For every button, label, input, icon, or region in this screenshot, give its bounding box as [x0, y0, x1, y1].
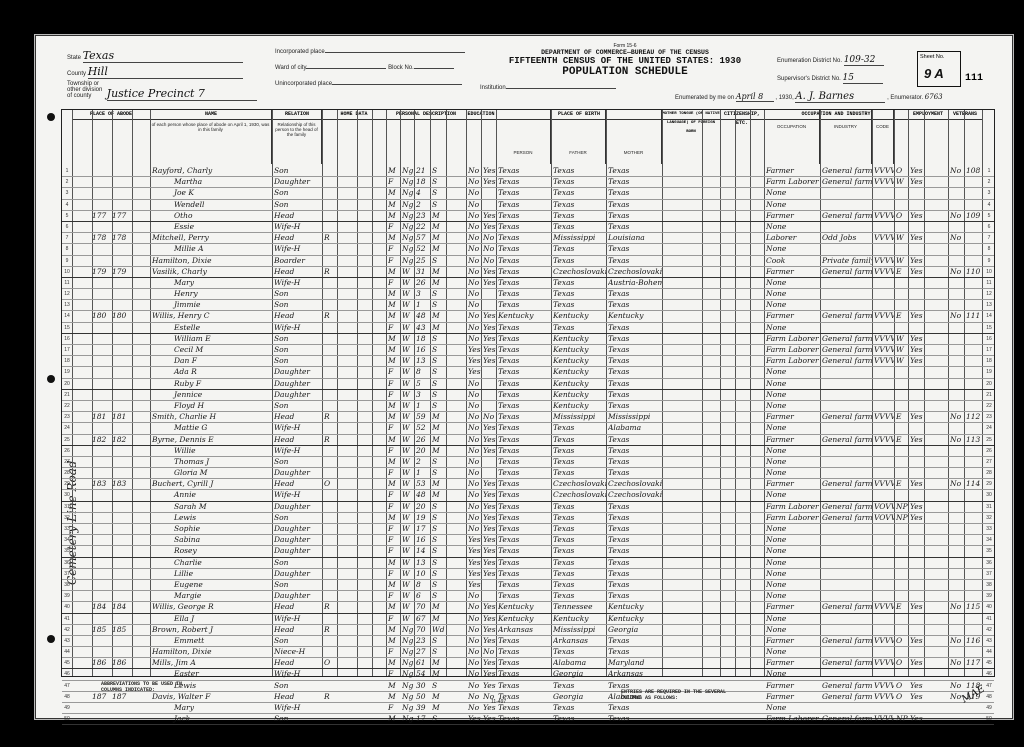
line-number: 13 [62, 300, 72, 310]
school-cell: No [468, 311, 481, 321]
school-cell: No [468, 658, 481, 668]
marital-cell: S [432, 636, 446, 646]
vet-cell [950, 323, 964, 333]
code-cell: VVVV [874, 479, 894, 489]
father-birth-cell: Texas [553, 222, 606, 232]
race-cell: Ng [402, 211, 414, 221]
dwelling-cell [92, 558, 112, 568]
relation-cell: Daughter [274, 468, 322, 478]
line-number: 41 [62, 614, 72, 624]
line-number: 10 [62, 267, 72, 277]
marital-cell: S [432, 569, 446, 579]
age-cell: 18 [416, 177, 430, 187]
line-number-right: 12 [984, 289, 994, 299]
age-cell: 10 [416, 569, 430, 579]
line-number: 29 [62, 479, 72, 489]
vet-cell [950, 390, 964, 400]
class-cell: E [896, 602, 908, 612]
father-birth-cell: Czechoslovakia [553, 490, 606, 500]
birth-cell: Texas [498, 479, 551, 489]
father-birth-cell: Texas [553, 177, 606, 187]
code-cell: VVVV [874, 714, 894, 724]
relation-cell: Son [274, 714, 322, 724]
code-cell [874, 558, 894, 568]
mother-birth-cell: Texas [608, 591, 662, 601]
industry-cell [822, 524, 872, 534]
home-cell: R [324, 311, 337, 321]
father-birth-cell: Kentucky [553, 614, 606, 624]
race-cell: W [402, 490, 414, 500]
age-cell: 14 [416, 546, 430, 556]
vet-cell [950, 647, 964, 657]
age-cell: 31 [416, 267, 430, 277]
sex-cell: F [388, 379, 400, 389]
read-cell: Yes [483, 423, 496, 433]
mother-birth-cell: Texas [608, 457, 662, 467]
code-cell [874, 323, 894, 333]
sex-cell: M [388, 412, 400, 422]
read-cell: No [483, 233, 496, 243]
emp-cell [910, 188, 924, 198]
sex-cell: M [388, 479, 400, 489]
father-birth-cell: Texas [553, 535, 606, 545]
code-cell [874, 200, 894, 210]
birth-cell: Kentucky [498, 602, 551, 612]
name-cell: Buchert, Cyrill J [152, 479, 272, 489]
line-number: 34 [62, 535, 72, 545]
vet-cell [950, 625, 964, 635]
sheet-value: 9 A [924, 66, 944, 81]
name-cell: Otho [152, 211, 294, 221]
age-cell: 2 [416, 457, 430, 467]
read-cell [483, 367, 496, 377]
age-cell: 2 [416, 200, 430, 210]
occupation-cell: Farmer [766, 636, 820, 646]
school-cell: No [468, 300, 481, 310]
home-cell [324, 446, 337, 456]
race-cell: W [402, 602, 414, 612]
sex-cell: F [388, 569, 400, 579]
dwelling-cell [92, 423, 112, 433]
emp-cell [910, 401, 924, 411]
read-cell [483, 457, 496, 467]
home-cell: R [324, 435, 337, 445]
relation-cell: Head [274, 412, 322, 422]
birth-cell: Texas [498, 256, 551, 266]
age-cell: 25 [416, 256, 430, 266]
race-cell: W [402, 535, 414, 545]
marital-cell: S [432, 513, 446, 523]
line-number-right: 45 [984, 658, 994, 668]
race-cell: W [402, 267, 414, 277]
class-cell [896, 468, 908, 478]
line-number-right: 5 [984, 211, 994, 221]
age-cell: 27 [416, 647, 430, 657]
age-cell: 61 [416, 658, 430, 668]
occupation-cell: Farmer [766, 602, 820, 612]
sex-cell: M [388, 457, 400, 467]
race-cell: W [402, 334, 414, 344]
home-cell [324, 580, 337, 590]
emp-cell [910, 625, 924, 635]
marital-cell: S [432, 457, 446, 467]
read-cell: Yes [483, 177, 496, 187]
line-number: 31 [62, 502, 72, 512]
table-row: 5177177OthoHeadMNg23MNoYesTexasTexasTexa… [62, 211, 994, 222]
relation-cell: Son [274, 558, 322, 568]
father-birth-cell: Texas [553, 256, 606, 266]
code-cell [874, 244, 894, 254]
vet-cell [950, 591, 964, 601]
sex-cell: M [388, 513, 400, 523]
vet-cell: No [950, 479, 964, 489]
mother-birth-cell: Texas [608, 390, 662, 400]
dwelling-cell [92, 647, 112, 657]
class-cell [896, 580, 908, 590]
emp-cell: Yes [910, 311, 924, 321]
table-row: 1Rayford, CharlySonMNg21SNoYesTexasTexas… [62, 166, 994, 177]
class-cell [896, 558, 908, 568]
birth-cell: Texas [498, 188, 551, 198]
read-cell: Yes [483, 513, 496, 523]
code-cell [874, 278, 894, 288]
age-cell: 16 [416, 345, 430, 355]
birth-cell: Texas [498, 222, 551, 232]
vet-cell: No [950, 267, 964, 277]
farm-cell [966, 647, 982, 657]
occupation-cell: None [766, 367, 820, 377]
occupation-header: OCCUPATION [764, 110, 820, 164]
home-cell [324, 513, 337, 523]
age-cell: 16 [416, 535, 430, 545]
page-stamp: 111 [965, 73, 983, 84]
sex-cell: F [388, 468, 400, 478]
school-cell: No [468, 457, 481, 467]
dwelling-cell [92, 446, 112, 456]
dwelling-cell [92, 401, 112, 411]
emp-cell: Yes [910, 602, 924, 612]
dwelling-cell [92, 300, 112, 310]
race-cell: W [402, 311, 414, 321]
emp-cell: Yes [910, 412, 924, 422]
punch-hole [47, 375, 55, 383]
dwelling-cell [92, 367, 112, 377]
father-birth-cell: Texas [553, 513, 606, 523]
code-cell [874, 423, 894, 433]
read-cell: Yes [483, 614, 496, 624]
home-cell [324, 614, 337, 624]
emp-cell [910, 614, 924, 624]
relation-cell: Daughter [274, 390, 322, 400]
code-header: CODE [872, 110, 894, 164]
class-cell [896, 546, 908, 556]
industry-cell [822, 569, 872, 579]
race-cell: Ng [402, 200, 414, 210]
class-cell: W [896, 233, 908, 243]
mother-birth-cell: Mississippi [608, 412, 662, 422]
dwelling-cell [92, 569, 112, 579]
sex-cell: F [388, 367, 400, 377]
read-cell: Yes [483, 479, 496, 489]
group-veterans: VETERANS [948, 110, 982, 120]
father-birth-cell: Mississippi [553, 412, 606, 422]
name-cell: Hamilton, Dixie [152, 256, 272, 266]
class-cell: O [896, 166, 908, 176]
relation-cell: Son [274, 289, 322, 299]
relation-cell: Head [274, 479, 322, 489]
race-cell: W [402, 278, 414, 288]
race-cell: W [402, 401, 414, 411]
table-row: 6EssieWife-HFNg22MNoYesTexasTexasTexasNo… [62, 222, 994, 233]
family-cell: 184 [112, 602, 132, 612]
mother-birth-cell: Texas [608, 345, 662, 355]
family-cell [112, 200, 132, 210]
relation-cell: Head [274, 211, 322, 221]
supervisor-district-field: Supervisor's District No. 15 [777, 73, 912, 84]
dwelling-cell [92, 256, 112, 266]
school-cell: No [468, 177, 481, 187]
marital-cell: M [432, 311, 446, 321]
dwelling-cell [92, 334, 112, 344]
class-cell: E [896, 479, 908, 489]
industry-cell [822, 490, 872, 500]
sex-cell: F [388, 423, 400, 433]
home-cell [324, 468, 337, 478]
farm-cell: 113 [966, 435, 982, 445]
father-birth-cell: Texas [553, 278, 606, 288]
line-number-right: 20 [984, 379, 994, 389]
occupation-cell: Farm Laborer [766, 714, 820, 724]
dwelling-cell [92, 614, 112, 624]
table-row: 9Hamilton, DixieBoarderFNg25SNoNoTexasTe… [62, 256, 994, 267]
sex-cell: F [388, 524, 400, 534]
schedule-title: POPULATION SCHEDULE [495, 66, 755, 78]
family-cell: 177 [112, 211, 132, 221]
code-cell [874, 591, 894, 601]
father-birth-cell: Kentucky [553, 379, 606, 389]
home-cell [324, 546, 337, 556]
read-cell [483, 300, 496, 310]
occupation-cell: None [766, 300, 820, 310]
race-cell: W [402, 558, 414, 568]
line-number: 25 [62, 435, 72, 445]
vet-cell [950, 569, 964, 579]
vet-cell [950, 177, 964, 187]
school-cell: No [468, 390, 481, 400]
vet-cell [950, 345, 964, 355]
read-cell: Yes [483, 166, 496, 176]
name-cell: Essie [152, 222, 294, 232]
name-cell: Sabina [152, 535, 294, 545]
vet-cell: No [950, 233, 964, 243]
industry-cell [822, 446, 872, 456]
mother-birth-cell: Texas [608, 401, 662, 411]
farm-cell [966, 323, 982, 333]
father-birth-cell: Texas [553, 423, 606, 433]
emp-cell: Yes [910, 502, 924, 512]
industry-cell [822, 367, 872, 377]
home-cell: O [324, 658, 337, 668]
name-cell: Cecil M [152, 345, 294, 355]
farm-cell [966, 379, 982, 389]
relation-cell: Daughter [274, 546, 322, 556]
class-cell [896, 614, 908, 624]
occupation-cell: None [766, 289, 820, 299]
class-cell [896, 379, 908, 389]
age-cell: 70 [416, 602, 430, 612]
emp-cell [910, 300, 924, 310]
industry-cell: General farm [822, 502, 872, 512]
race-cell: Ng [402, 177, 414, 187]
industry-cell [822, 647, 872, 657]
age-cell: 4 [416, 188, 430, 198]
age-cell: 23 [416, 211, 430, 221]
race-cell: W [402, 468, 414, 478]
school-cell: No [468, 289, 481, 299]
race-cell: Ng [402, 647, 414, 657]
sheet-label: Sheet No. [918, 52, 960, 62]
vet-cell: No [950, 311, 964, 321]
table-row: 23181181Smith, Charlie HHeadRMW59MNoNoTe… [62, 412, 994, 423]
name-cell: Lillie [152, 569, 294, 579]
relation-cell: Head [274, 233, 322, 243]
school-cell: No [468, 200, 481, 210]
school-cell: Yes [468, 558, 481, 568]
birth-cell: Texas [498, 647, 551, 657]
farm-cell [966, 457, 982, 467]
marital-cell: M [432, 222, 446, 232]
birth-cell: Texas [498, 334, 551, 344]
name-cell: Hamilton, Dixie [152, 647, 272, 657]
line-number-right: 6 [984, 222, 994, 232]
family-cell [112, 446, 132, 456]
birth-cell: Kentucky [498, 311, 551, 321]
age-cell: 52 [416, 423, 430, 433]
sex-cell: M [388, 558, 400, 568]
name-cell: Margie [152, 591, 294, 601]
line-number-right: 27 [984, 457, 994, 467]
code-cell [874, 625, 894, 635]
industry-cell: General farm [822, 513, 872, 523]
enumerated-date: April 8 [736, 92, 774, 102]
name-cell: Gloria M [152, 468, 294, 478]
line-number: 45 [62, 658, 72, 668]
industry-cell: Odd Jobs [822, 233, 872, 243]
emp-cell [910, 524, 924, 534]
relation-cell: Niece-H [274, 647, 322, 657]
read-cell: Yes [483, 267, 496, 277]
birth-cell: Texas [498, 468, 551, 478]
birth-cell: Texas [498, 379, 551, 389]
read-cell: Yes [483, 714, 496, 724]
table-row: 15EstelleWife-HFW43MNoYesTexasTexasTexas… [62, 323, 994, 334]
industry-cell [822, 278, 872, 288]
read-cell: Yes [483, 535, 496, 545]
print-code: 11-497 [491, 699, 506, 705]
table-row: 44Hamilton, DixieNiece-HFNg27SNoNoTexasT… [62, 647, 994, 658]
class-cell: W [896, 356, 908, 366]
relation-cell: Son [274, 345, 322, 355]
farm-cell [966, 468, 982, 478]
occupation-cell: Farmer [766, 166, 820, 176]
dwelling-cell [92, 513, 112, 523]
home-cell [324, 390, 337, 400]
school-cell: No [468, 401, 481, 411]
home-cell: R [324, 233, 337, 243]
sex-cell: M [388, 188, 400, 198]
birth-cell: Texas [498, 367, 551, 377]
emp-cell [910, 546, 924, 556]
father-birth-cell: Texas [553, 211, 606, 221]
marital-cell: M [432, 278, 446, 288]
family-cell: 180 [112, 311, 132, 321]
occupation-cell: Farmer [766, 658, 820, 668]
marital-cell: S [432, 345, 446, 355]
name-cell: Eugene [152, 580, 294, 590]
vet-cell [950, 278, 964, 288]
name-cell: Martha [152, 177, 294, 187]
table-row: 13JimmieSonMW1SNoTexasTexasTexasNone13 [62, 300, 994, 311]
race-cell: W [402, 524, 414, 534]
table-row: 22Floyd HSonMW1SNoTexasKentuckyTexasNone… [62, 401, 994, 412]
table-row: 29183183Buchert, Cyrill JHeadOMW53MNoYes… [62, 479, 994, 490]
mother-birth-cell: Texas [608, 468, 662, 478]
race-cell: W [402, 569, 414, 579]
line-number-right: 33 [984, 524, 994, 534]
farm-cell [966, 580, 982, 590]
father-birth-cell: Texas [553, 524, 606, 534]
age-cell: 13 [416, 558, 430, 568]
industry-cell [822, 289, 872, 299]
table-row: 27Thomas JSonMW2SNoTexasTexasTexasNone27 [62, 457, 994, 468]
marital-cell: M [432, 244, 446, 254]
farm-cell: 111 [966, 311, 982, 321]
birth-cell: Texas [498, 323, 551, 333]
line-number: 32 [62, 513, 72, 523]
birth-cell: Texas [498, 233, 551, 243]
sex-cell: M [388, 658, 400, 668]
farm-cell: 112 [966, 412, 982, 422]
home-cell [324, 502, 337, 512]
birth-cell: Texas [498, 524, 551, 534]
industry-cell: General farm [822, 345, 872, 355]
relation-cell: Head [274, 625, 322, 635]
father-birth-cell: Mississippi [553, 233, 606, 243]
line-number-right: 4 [984, 200, 994, 210]
mother-birth-cell: Texas [608, 524, 662, 534]
dwelling-cell [92, 188, 112, 198]
code-cell: VVVV [874, 636, 894, 646]
birth-cell: Texas [498, 300, 551, 310]
industry-cell [822, 580, 872, 590]
table-row: 10179179Vasilik, CharlyHeadRMW31MNoYesTe… [62, 267, 994, 278]
sex-cell: F [388, 390, 400, 400]
mother-birth-cell: Texas [608, 546, 662, 556]
home-cell [324, 278, 337, 288]
dwelling-cell: 183 [92, 479, 112, 489]
age-cell: 8 [416, 367, 430, 377]
relation-cell: Head [274, 658, 322, 668]
table-row: 11MaryWife-HFW26MNoYesTexasTexasAustria-… [62, 278, 994, 289]
age-cell: 19 [416, 513, 430, 523]
line-number: 50 [62, 714, 72, 724]
home-cell [324, 591, 337, 601]
marital-cell: S [432, 390, 446, 400]
relation-cell: Son [274, 166, 322, 176]
table-row: 31Sarah MDaughterFW20SNoYesTexasTexasTex… [62, 502, 994, 513]
race-cell: W [402, 591, 414, 601]
vet-cell: No [950, 636, 964, 646]
